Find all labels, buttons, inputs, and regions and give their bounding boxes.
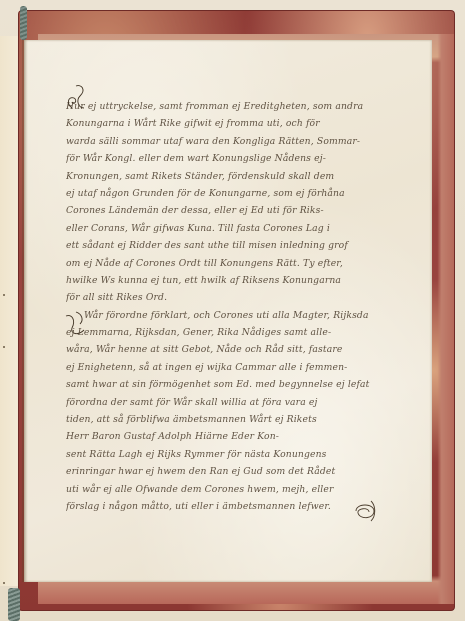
initial-flourish-icon xyxy=(64,82,94,112)
gutter-shadow xyxy=(22,40,28,582)
ink-speck xyxy=(3,346,5,348)
text-line: Hur ej uttryckelse, samt fromman ej Ered… xyxy=(66,98,384,115)
text-line: uti wår ej alle Ofwande dem Corones hwem… xyxy=(66,481,384,498)
paragraph-flourish-icon xyxy=(62,310,92,338)
text-line: warda sälli sommar utaf wara den Konglig… xyxy=(66,133,384,150)
ink-speck xyxy=(3,582,5,584)
text-line: för Wår Kongl. eller dem wart Konungslig… xyxy=(66,150,384,167)
text-line: tiden, att så förblifwa ämbetsmannen Wår… xyxy=(66,411,384,428)
text-line: Corones Ländemän der dessa, eller ej Ed … xyxy=(66,202,384,219)
text-line: om ej Nåde af Corones Ordt till Konungen… xyxy=(66,255,384,272)
text-line: erinringar hwar ej hwem den Ran ej Gud s… xyxy=(66,463,384,480)
text-line: förslag i någon måtto, uti eller i ämbet… xyxy=(66,498,384,515)
text-line: ett sådant ej Ridder des sant uthe till … xyxy=(66,237,384,254)
text-line: hwilke Ws kunna ej tun, ett hwilk af Rik… xyxy=(66,272,384,289)
text-line: ej Enighetenn, så at ingen ej wijka Camm… xyxy=(66,359,384,376)
manuscript-text: Hur ej uttryckelse, samt fromman ej Ered… xyxy=(66,98,384,515)
text-line: ej utaf någon Grunden för de Konungarne,… xyxy=(66,185,384,202)
text-line: sent Rätta Lagh ej Rijks Rymmer för näst… xyxy=(66,446,384,463)
text-line: för all sitt Rikes Ord. xyxy=(66,289,384,306)
text-line: wåra, Wår henne at sitt Gebot, Nåde och … xyxy=(66,341,384,358)
text-line: eller Corans, Wår gifwas Kuna. Till fast… xyxy=(66,220,384,237)
text-line: Konungarna i Wårt Rike gifwit ej fromma … xyxy=(66,115,384,132)
text-line: ej Lemmarna, Rijksdan, Gener, Rika Nådig… xyxy=(66,324,384,341)
ribbon-bookmark-icon xyxy=(8,588,20,621)
text-line-name: Herr Baron Gustaf Adolph Hiärne Eder Kon… xyxy=(66,428,384,445)
text-line: Wår förordne förklart, och Corones uti a… xyxy=(66,307,384,324)
text-line: förordna der samt för Wår skall willia a… xyxy=(66,394,384,411)
ink-speck xyxy=(3,294,5,296)
text-line: samt hwar at sin förmögenhet som Ed. med… xyxy=(66,376,384,393)
closing-flourish-icon xyxy=(352,498,378,524)
ribbon-bookmark-icon xyxy=(20,6,27,40)
text-line: Kronungen, samt Rikets Ständer, fördensk… xyxy=(66,168,384,185)
